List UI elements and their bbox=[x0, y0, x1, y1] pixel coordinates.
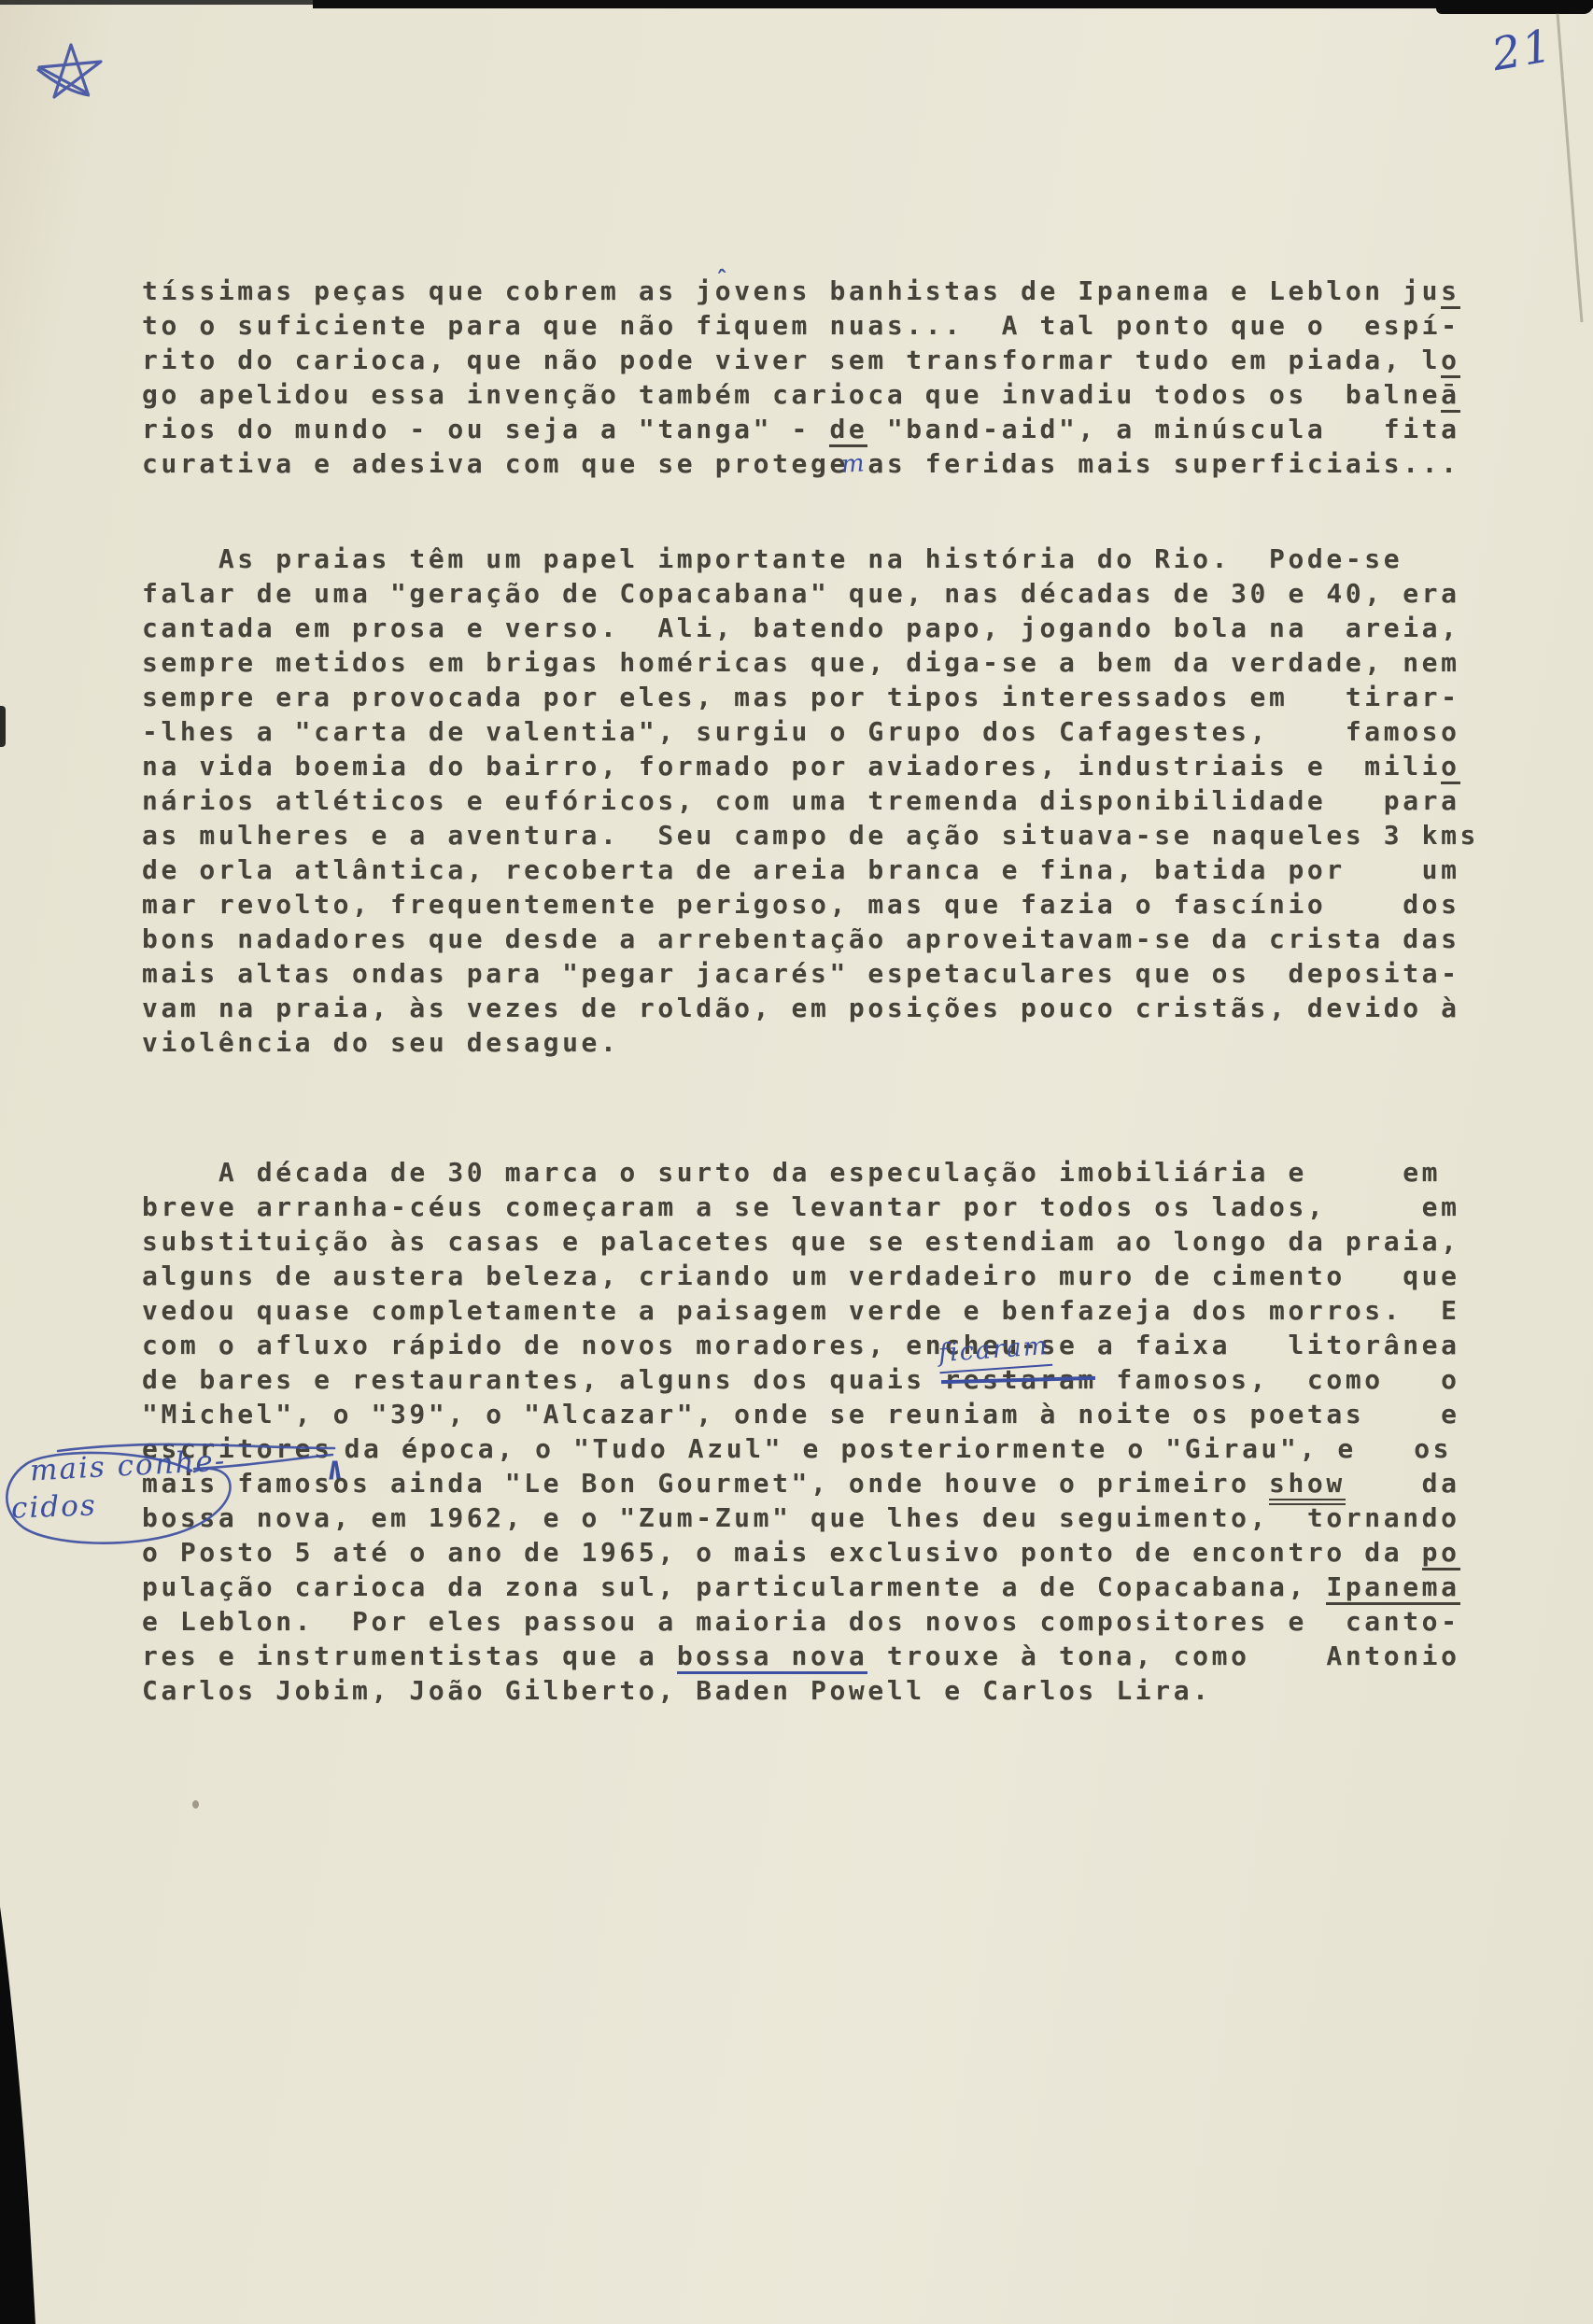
star-doodle-icon bbox=[28, 39, 112, 114]
margin-note-line-2: cidos bbox=[10, 1488, 97, 1525]
text-segment: bossa nova, em 1962, e o "Zum-Zum" que l… bbox=[142, 1502, 1460, 1533]
text-segment: e Leblon. Por eles passou a maioria dos … bbox=[142, 1606, 1460, 1637]
scan-edge-left-mark bbox=[0, 706, 6, 747]
text-segment: res e instrumentistas que a bbox=[142, 1641, 677, 1671]
text-line: A década de 30 marca o surto da especula… bbox=[142, 1155, 1460, 1190]
text-line: As praias têm um papel importante na his… bbox=[142, 542, 1479, 576]
text-line: mais famosos ainda "Le Bon Gourmet", ond… bbox=[142, 1466, 1460, 1500]
text-segment: violência do seu desague. bbox=[142, 1027, 619, 1058]
text-line: na vida boemia do bairro, formado por av… bbox=[142, 749, 1479, 783]
handwritten-correction: ficaram bbox=[937, 1329, 1053, 1373]
scan-shadow-bottom-left bbox=[0, 1907, 35, 2324]
text-line: curativa e adesiva com que se protegem a… bbox=[142, 446, 1460, 481]
text-segment: show bbox=[1269, 1468, 1346, 1505]
text-line: to o suficiente para que não fiquem nuas… bbox=[142, 308, 1460, 343]
text-line: de bares e restaurantes, alguns dos quai… bbox=[142, 1362, 1460, 1397]
scanned-typescript-page: 21 tíssimas peças que cobrem as joˆvens … bbox=[0, 0, 1593, 2324]
text-segment: da bbox=[1346, 1468, 1460, 1499]
text-line: alguns de austera beleza, criando um ver… bbox=[142, 1259, 1460, 1293]
text-segment: vedou quase completamente a paisagem ver… bbox=[142, 1295, 1460, 1326]
text-segment: s bbox=[1441, 275, 1459, 309]
text-line: violência do seu desague. bbox=[142, 1025, 1479, 1060]
text-segment: curativa e adesiva com que se protege bbox=[142, 448, 849, 479]
text-segment: de bares e restaurantes, alguns dos quai… bbox=[142, 1364, 944, 1395]
paper-speck bbox=[192, 1800, 199, 1809]
text-segment: mar revolto, frequentemente perigoso, ma… bbox=[142, 889, 1460, 920]
text-segment: as mulheres e a aventura. Seu campo de a… bbox=[142, 820, 1479, 851]
text-segment: breve arranha-céus começaram a se levant… bbox=[142, 1191, 1460, 1222]
scan-edge-top-left bbox=[0, 0, 317, 5]
text-segment: substituição às casas e palacetes que se… bbox=[142, 1226, 1460, 1257]
text-segment: bons nadadores que desde a arrebentação … bbox=[142, 923, 1460, 954]
text-line: rito do carioca, que não pode viver sem … bbox=[142, 343, 1460, 377]
text-line: vedou quase completamente a paisagem ver… bbox=[142, 1293, 1460, 1328]
text-segment: Ipanema bbox=[1326, 1571, 1459, 1605]
text-line: as mulheres e a aventura. Seu campo de a… bbox=[142, 818, 1479, 852]
text-segment: na vida boemia do bairro, formado por av… bbox=[142, 751, 1441, 782]
text-line: tíssimas peças que cobrem as joˆvens ban… bbox=[142, 274, 1460, 308]
paragraph-1: tíssimas peças que cobrem as joˆvens ban… bbox=[142, 274, 1460, 481]
text-line: substituição às casas e palacetes que se… bbox=[142, 1224, 1460, 1259]
text-segment: oˆ bbox=[715, 275, 734, 306]
text-line: nários atléticos e eufóricos, com uma tr… bbox=[142, 783, 1479, 818]
text-segment: famosos, como o bbox=[1097, 1364, 1460, 1395]
text-segment: de orla atlântica, recoberta de areia br… bbox=[142, 854, 1460, 885]
paragraph-3: A década de 30 marca o surto da especula… bbox=[142, 1155, 1460, 1708]
text-line: mar revolto, frequentemente perigoso, ma… bbox=[142, 887, 1479, 922]
text-line: bossa nova, em 1962, e o "Zum-Zum" que l… bbox=[142, 1500, 1460, 1535]
text-segment: restaramficaram bbox=[944, 1364, 1097, 1395]
text-segment: sempre metidos em brigas homéricas que, … bbox=[142, 647, 1460, 678]
text-segment: alguns de austera beleza, criando um ver… bbox=[142, 1261, 1460, 1291]
text-line: breve arranha-céus começaram a se levant… bbox=[142, 1190, 1460, 1224]
text-segment: rios do mundo - ou seja a "tanga" - bbox=[142, 414, 829, 444]
paper-edge-crease bbox=[1558, 13, 1582, 322]
text-segment: vens banhistas de Ipanema e Leblon ju bbox=[734, 275, 1441, 306]
text-segment: tíssimas peças que cobrem as j bbox=[142, 275, 715, 306]
text-segment: go apelidou essa invenção também carioca… bbox=[142, 379, 1441, 410]
text-line: rios do mundo - ou seja a "tanga" - de "… bbox=[142, 412, 1460, 446]
text-line: e Leblon. Por eles passou a maioria dos … bbox=[142, 1604, 1460, 1639]
text-line: sempre metidos em brigas homéricas que, … bbox=[142, 645, 1479, 680]
text-segment: de bbox=[829, 414, 867, 447]
text-line: cantada em prosa e verso. Ali, batendo p… bbox=[142, 611, 1479, 645]
text-segment: cantada em prosa e verso. Ali, batendo p… bbox=[142, 613, 1460, 643]
text-line: o Posto 5 até o ano de 1965, o mais excl… bbox=[142, 1535, 1460, 1570]
text-line: bons nadadores que desde a arrebentação … bbox=[142, 922, 1479, 956]
text-line: escritores∧da época, o "Tudo Azul" e pos… bbox=[142, 1431, 1460, 1466]
text-segment: trouxe à tona, como Antonio bbox=[867, 1641, 1459, 1671]
text-segment: -lhes a "carta de valentia", surgiu o Gr… bbox=[142, 716, 1460, 747]
text-line: pulação carioca da zona sul, particularm… bbox=[142, 1570, 1460, 1604]
text-line: go apelidou essa invenção também carioca… bbox=[142, 377, 1460, 412]
text-segment: o bbox=[1441, 751, 1459, 784]
text-line: sempre era provocada por eles, mas por t… bbox=[142, 680, 1479, 714]
scan-edge-top bbox=[313, 0, 1593, 8]
text-segment: as feridas mais superficiais... bbox=[849, 448, 1460, 479]
page-number: 21 bbox=[1488, 20, 1558, 81]
text-line: "Michel", o "39", o "Alcazar", onde se r… bbox=[142, 1397, 1460, 1431]
text-segment: ā bbox=[1441, 379, 1459, 413]
text-segment: com o afluxo rápido de novos moradores, … bbox=[142, 1330, 1460, 1360]
text-segment: Carlos Jobim, João Gilberto, Baden Powel… bbox=[142, 1675, 1212, 1706]
text-segment: nários atléticos e eufóricos, com uma tr… bbox=[142, 785, 1460, 816]
text-line: mais altas ondas para "pegar jacarés" es… bbox=[142, 956, 1479, 991]
text-line: de orla atlântica, recoberta de areia br… bbox=[142, 852, 1479, 887]
text-segment: pulação carioca da zona sul, particularm… bbox=[142, 1571, 1326, 1602]
text-segment: po bbox=[1422, 1537, 1460, 1570]
text-line: com o afluxo rápido de novos moradores, … bbox=[142, 1328, 1460, 1362]
text-segment: to o suficiente para que não fiquem nuas… bbox=[142, 310, 1460, 341]
text-segment: falar de uma "geração de Copacabana" que… bbox=[142, 578, 1460, 609]
text-segment: vam na praia, às vezes de roldão, em pos… bbox=[142, 993, 1460, 1023]
text-segment: A década de 30 marca o surto da especula… bbox=[142, 1157, 1441, 1188]
text-segment: o bbox=[1441, 345, 1459, 378]
text-segment: da época, o "Tudo Azul" e posteriormente… bbox=[345, 1433, 1453, 1464]
paragraph-2: As praias têm um papel importante na his… bbox=[142, 542, 1479, 1060]
text-line: vam na praia, às vezes de roldão, em pos… bbox=[142, 991, 1479, 1025]
scan-edge-top-right bbox=[1436, 0, 1593, 14]
text-line: res e instrumentistas que a bossa nova t… bbox=[142, 1639, 1460, 1673]
text-line: Carlos Jobim, João Gilberto, Baden Powel… bbox=[142, 1673, 1460, 1708]
text-segment: mais famosos ainda "Le Bon Gourmet", ond… bbox=[142, 1468, 1269, 1499]
text-segment: As praias têm um papel importante na his… bbox=[142, 543, 1403, 574]
text-segment: "Michel", o "39", o "Alcazar", onde se r… bbox=[142, 1399, 1460, 1430]
text-segment: mais altas ondas para "pegar jacarés" es… bbox=[142, 958, 1460, 989]
text-segment: sempre era provocada por eles, mas por t… bbox=[142, 682, 1460, 712]
text-segment: o Posto 5 até o ano de 1965, o mais excl… bbox=[142, 1537, 1422, 1568]
text-line: -lhes a "carta de valentia", surgiu o Gr… bbox=[142, 714, 1479, 749]
text-segment: rito do carioca, que não pode viver sem … bbox=[142, 345, 1441, 375]
text-segment: "band-aid", a minúscula fita bbox=[867, 414, 1459, 444]
handwritten-accent-mark: ˆ bbox=[713, 261, 731, 298]
text-line: falar de uma "geração de Copacabana" que… bbox=[142, 576, 1479, 611]
text-segment: bossa nova bbox=[677, 1641, 868, 1674]
